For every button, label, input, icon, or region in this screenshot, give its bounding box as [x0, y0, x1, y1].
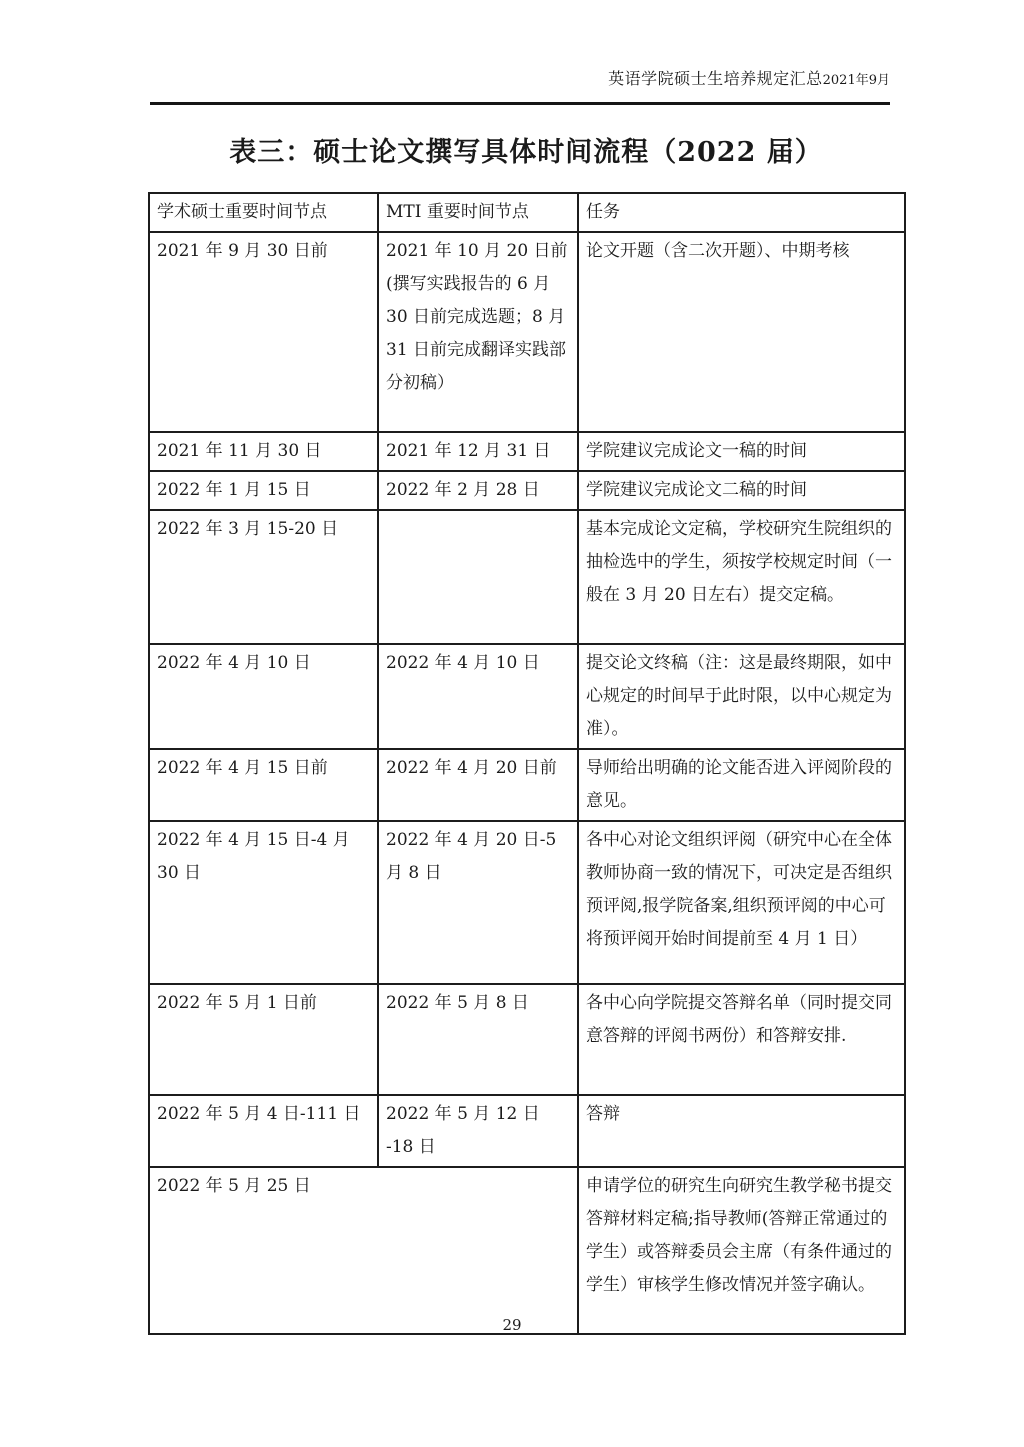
cell-academic-date: 2022 年 4 月 10 日	[149, 644, 378, 749]
cell-merged-date: 2022 年 5 月 25 日	[149, 1167, 578, 1334]
header-date: 2021年9月	[823, 73, 890, 88]
table-row: 2021 年 9 月 30 日前 2021 年 10 月 20 日前(撰写实践报…	[149, 232, 905, 432]
cell-mti-date: 2021 年 10 月 20 日前(撰写实践报告的 6 月 30 日前完成选题；…	[378, 232, 578, 432]
cell-task: 申请学位的研究生向研究生教学秘书提交答辩材料定稿;指导教师(答辩正常通过的学生）…	[578, 1167, 905, 1334]
page-title: 表三：硕士论文撰写具体时间流程（2022 届）	[148, 130, 904, 169]
cell-academic-date: 2021 年 9 月 30 日前	[149, 232, 378, 432]
cell-task: 基本完成论文定稿，学校研究生院组织的抽检选中的学生，须按学校规定时间（一般在 3…	[578, 510, 905, 644]
header-cell-mti: MTI 重要时间节点	[378, 193, 578, 232]
table-row: 2022 年 5 月 1 日前 2022 年 5 月 8 日 各中心向学院提交答…	[149, 984, 905, 1095]
table-row: 2022 年 5 月 4 日-111 日 2022 年 5 月 12 日 -18…	[149, 1095, 905, 1167]
header-cell-academic: 学术硕士重要时间节点	[149, 193, 378, 232]
table-row: 2022 年 1 月 15 日 2022 年 2 月 28 日 学院建议完成论文…	[149, 471, 905, 510]
cell-mti-date: 2021 年 12 月 31 日	[378, 432, 578, 471]
cell-academic-date: 2022 年 5 月 1 日前	[149, 984, 378, 1095]
cell-academic-date: 2021 年 11 月 30 日	[149, 432, 378, 471]
timeline-table: 学术硕士重要时间节点 MTI 重要时间节点 任务 2021 年 9 月 30 日…	[148, 192, 906, 1335]
cell-mti-date: 2022 年 4 月 20 日-5 月 8 日	[378, 821, 578, 984]
cell-task: 各中心向学院提交答辩名单（同时提交同意答辩的评阅书两份）和答辩安排.	[578, 984, 905, 1095]
cell-mti-date: 2022 年 4 月 20 日前	[378, 749, 578, 821]
cell-mti-date: 2022 年 4 月 10 日	[378, 644, 578, 749]
cell-task: 各中心对论文组织评阅（研究中心在全体教师协商一致的情况下，可决定是否组织预评阅,…	[578, 821, 905, 984]
cell-mti-date: 2022 年 2 月 28 日	[378, 471, 578, 510]
cell-academic-date: 2022 年 5 月 4 日-111 日	[149, 1095, 378, 1167]
cell-task: 提交论文终稿（注：这是最终期限，如中心规定的时间早于此时限，以中心规定为准）。	[578, 644, 905, 749]
cell-academic-date: 2022 年 4 月 15 日前	[149, 749, 378, 821]
cell-task: 学院建议完成论文一稿的时间	[578, 432, 905, 471]
table-row: 2021 年 11 月 30 日 2021 年 12 月 31 日 学院建议完成…	[149, 432, 905, 471]
cell-academic-date: 2022 年 3 月 15-20 日	[149, 510, 378, 644]
cell-task: 论文开题（含二次开题）、中期考核	[578, 232, 905, 432]
cell-task: 导师给出明确的论文能否进入评阅阶段的意见。	[578, 749, 905, 821]
table-row: 2022 年 5 月 25 日 申请学位的研究生向研究生教学秘书提交答辩材料定稿…	[149, 1167, 905, 1334]
cell-mti-date: 2022 年 5 月 12 日 -18 日	[378, 1095, 578, 1167]
document-page: 英语学院硕士生培养规定汇总2021年9月 表三：硕士论文撰写具体时间流程（202…	[0, 0, 1024, 1447]
cell-academic-date: 2022 年 1 月 15 日	[149, 471, 378, 510]
header-divider	[150, 102, 890, 105]
table-row: 2022 年 4 月 15 日前 2022 年 4 月 20 日前 导师给出明确…	[149, 749, 905, 821]
header-cell-task: 任务	[578, 193, 905, 232]
table-header-row: 学术硕士重要时间节点 MTI 重要时间节点 任务	[149, 193, 905, 232]
cell-academic-date: 2022 年 4 月 15 日-4 月 30 日	[149, 821, 378, 984]
page-number: 29	[0, 1316, 1024, 1334]
table-row: 2022 年 4 月 10 日 2022 年 4 月 10 日 提交论文终稿（注…	[149, 644, 905, 749]
header-text: 英语学院硕士生培养规定汇总	[608, 69, 823, 88]
cell-task: 答辩	[578, 1095, 905, 1167]
table-row: 2022 年 3 月 15-20 日 基本完成论文定稿，学校研究生院组织的抽检选…	[149, 510, 905, 644]
cell-task: 学院建议完成论文二稿的时间	[578, 471, 905, 510]
cell-mti-date: 2022 年 5 月 8 日	[378, 984, 578, 1095]
cell-mti-date	[378, 510, 578, 644]
table-row: 2022 年 4 月 15 日-4 月 30 日 2022 年 4 月 20 日…	[149, 821, 905, 984]
page-header: 英语学院硕士生培养规定汇总2021年9月	[148, 66, 890, 89]
